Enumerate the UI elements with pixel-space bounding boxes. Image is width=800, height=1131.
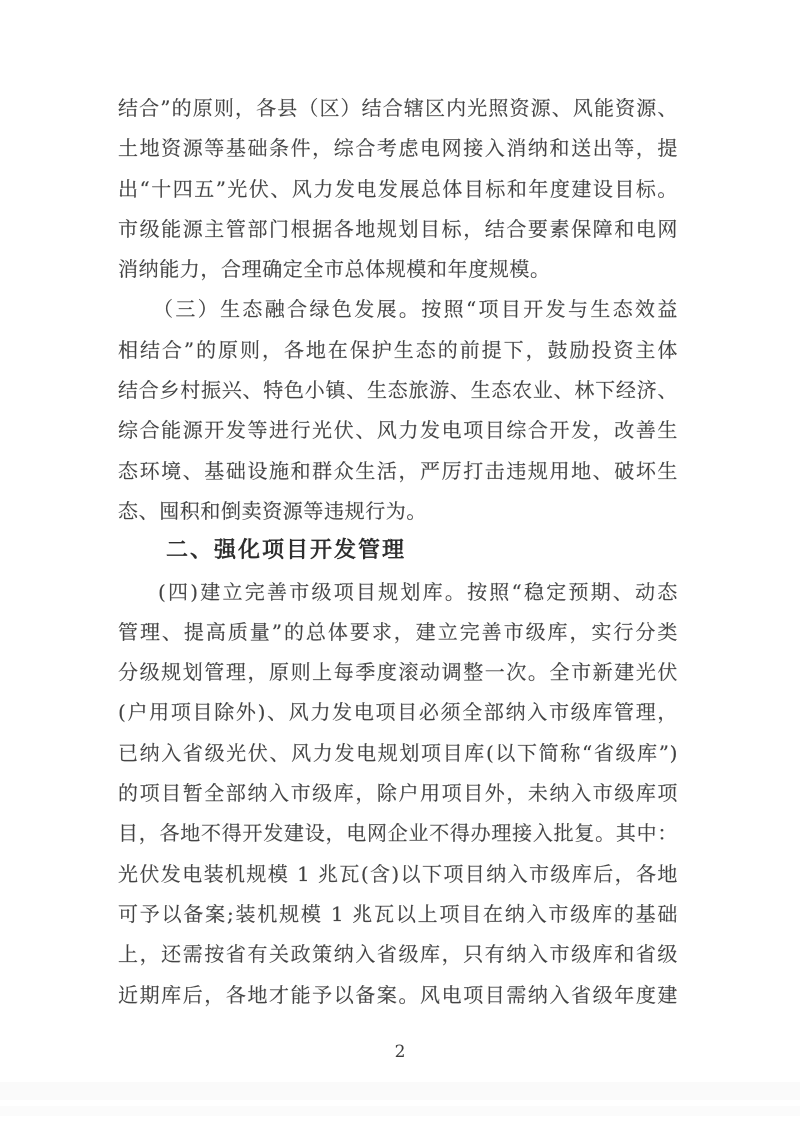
text-line: 的项目暂全部纳入市级库，除户用项目外，未纳入市级库项 bbox=[118, 773, 678, 813]
text-line: (户用项目除外)、风力发电项目必须全部纳入市级库管理， bbox=[118, 692, 678, 732]
text-line: 管理、提高质量”的总体要求，建立完善市级库，实行分类 bbox=[118, 612, 678, 652]
text-line: 结合”的原则，各县（区）结合辖区内光照资源、风能资源、 bbox=[118, 88, 678, 128]
text-line: 上，还需按省有关政策纳入省级库，只有纳入市级库和省级 bbox=[118, 934, 678, 974]
text-line-paragraph-start: (四)建立完善市级项目规划库。按照“稳定预期、动态 bbox=[118, 572, 678, 612]
text-line: 土地资源等基础条件，综合考虑电网接入消纳和送出等，提 bbox=[118, 128, 678, 168]
text-line: 已纳入省级光伏、风力发电规划项目库(以下简称“省级库”) bbox=[118, 733, 678, 773]
text-line: 综合能源开发等进行光伏、风力发电项目综合开发，改善生 bbox=[118, 410, 678, 450]
document-text-block: 结合”的原则，各县（区）结合辖区内光照资源、风能资源、 土地资源等基础条件，综合… bbox=[118, 88, 678, 1015]
text-line: 分级规划管理，原则上每季度滚动调整一次。全市新建光伏 bbox=[118, 652, 678, 692]
scan-artifact bbox=[0, 1082, 800, 1100]
text-line-paragraph-start: （三）生态融合绿色发展。按照“项目开发与生态效益 bbox=[118, 289, 678, 329]
text-line: 光伏发电装机规模 1 兆瓦(含)以下项目纳入市级库后，各地 bbox=[118, 854, 678, 894]
text-line: 相结合”的原则，各地在保护生态的前提下，鼓励投资主体 bbox=[118, 330, 678, 370]
text-line: 出“十四五”光伏、风力发电发展总体目标和年度建设目标。 bbox=[118, 169, 678, 209]
page-number: 2 bbox=[0, 1042, 800, 1062]
document-page: 结合”的原则，各县（区）结合辖区内光照资源、风能资源、 土地资源等基础条件，综合… bbox=[0, 0, 800, 1131]
text-line: 市级能源主管部门根据各地规划目标，结合要素保障和电网 bbox=[118, 209, 678, 249]
text-line: 近期库后，各地才能予以备案。风电项目需纳入省级年度建 bbox=[118, 975, 678, 1015]
text-line: 结合乡村振兴、特色小镇、生态旅游、生态农业、林下经济、 bbox=[118, 370, 678, 410]
text-line: 消纳能力，合理确定全市总体规模和年度规模。 bbox=[118, 249, 678, 289]
scan-artifact bbox=[0, 1106, 800, 1116]
section-heading: 二、强化项目开发管理 bbox=[118, 531, 678, 571]
text-line: 可予以备案;装机规模 1 兆瓦以上项目在纳入市级库的基础 bbox=[118, 894, 678, 934]
text-line: 态、囤积和倒卖资源等违规行为。 bbox=[118, 491, 678, 531]
text-line: 态环境、基础设施和群众生活，严厉打击违规用地、破坏生 bbox=[118, 451, 678, 491]
text-line: 目，各地不得开发建设，电网企业不得办理接入批复。其中： bbox=[118, 813, 678, 853]
